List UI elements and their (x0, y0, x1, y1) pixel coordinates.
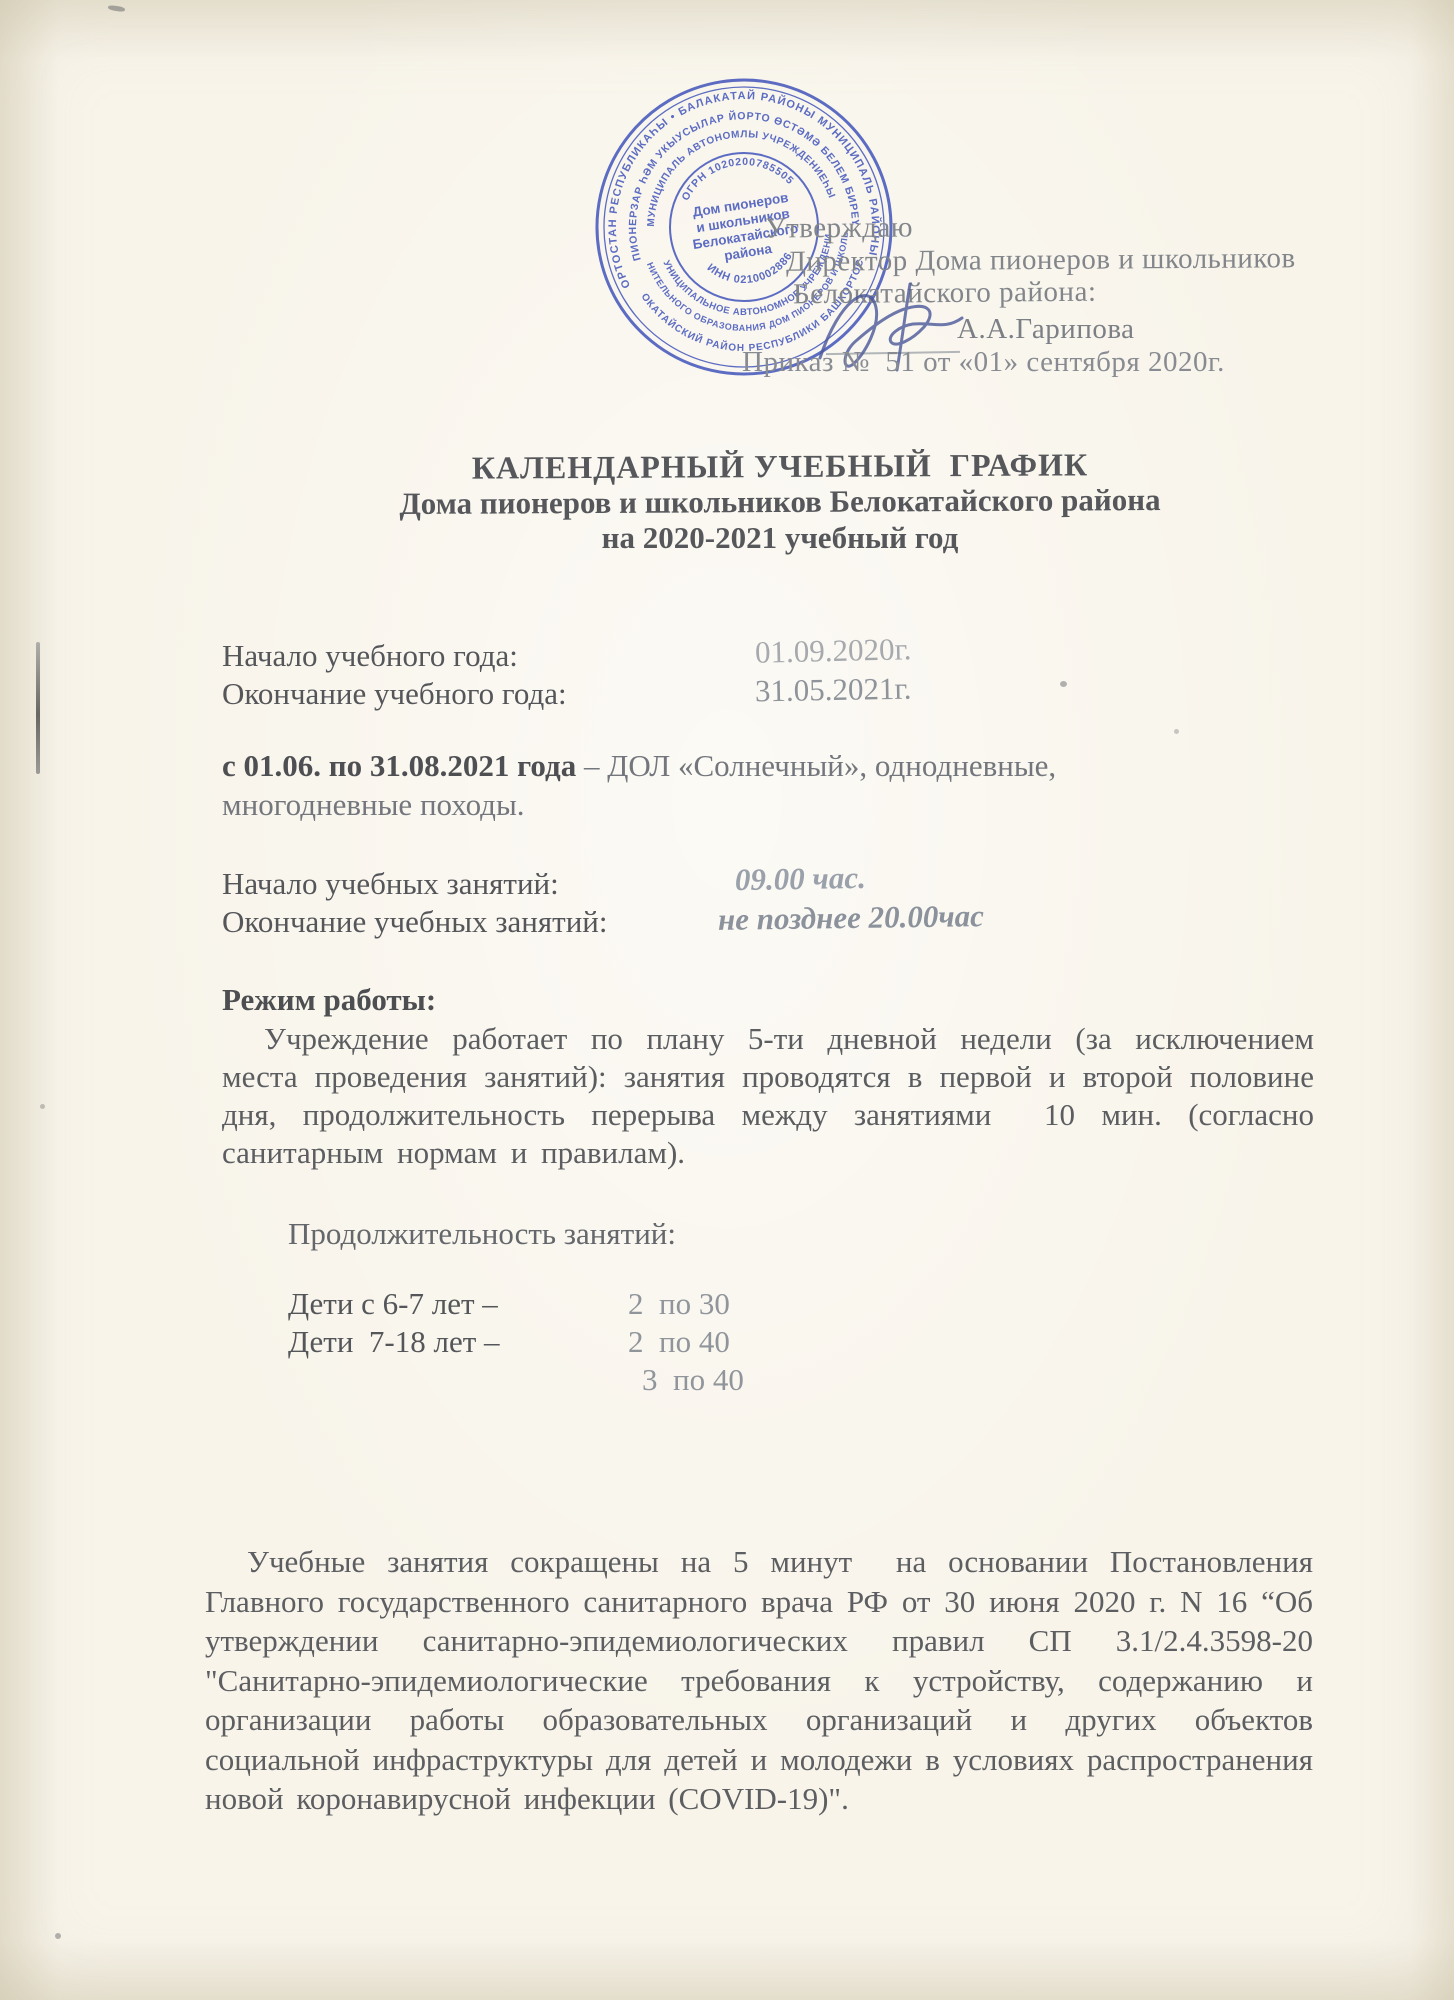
year-end-label: Окончание учебного года: (222, 676, 567, 712)
duration-row-value: 3 по 40 (642, 1362, 744, 1398)
lessons-start-value: 09.00 час. (735, 860, 866, 898)
scan-artifact-dot (1174, 729, 1179, 734)
work-mode-heading: Режим работы: (222, 982, 436, 1018)
scan-artifact-dot (55, 1933, 61, 1939)
duration-row-value: 2 по 40 (628, 1324, 730, 1360)
duration-row-label: Дети с 6-7 лет – (288, 1286, 498, 1322)
title-line-3: на 2020-2021 учебный год (170, 520, 1390, 556)
scan-artifact-line (36, 642, 40, 774)
year-end-value: 31.05.2021г. (755, 671, 912, 710)
approval-director: Директор Дома пионеров и школьников (786, 242, 1296, 279)
approval-signatory-name: А.А.Гарипова (957, 313, 1135, 346)
scan-artifact-dot (1060, 681, 1067, 687)
scan-artifact-mark (108, 5, 126, 13)
lessons-end-value: не позднее 20.00час (718, 898, 984, 938)
work-mode-paragraph: Учреждение работает по плану 5-ти дневно… (222, 1020, 1314, 1172)
scan-artifact-dot (836, 533, 840, 537)
duration-heading: Продолжительность занятий: (288, 1216, 676, 1252)
year-start-label: Начало учебного года: (222, 638, 518, 674)
duration-row-label: Дети 7-18 лет – (288, 1324, 500, 1360)
footer-paragraph: Учебные занятия сокращены на 5 минут на … (205, 1542, 1313, 1819)
approval-order-line: Приказ № 51 от «01» сентября 2020г. (742, 346, 1225, 379)
approval-word: Утверждаю (765, 211, 913, 245)
scan-artifact-dot (40, 1104, 45, 1109)
duration-row-value: 2 по 30 (628, 1286, 730, 1322)
document-title: КАЛЕНДАРНЫЙ УЧЕБНЫЙ ГРАФИК Дома пионеров… (170, 448, 1390, 556)
year-start-value: 01.09.2020г. (755, 631, 912, 671)
title-line-2: Дома пионеров и школьников Белокатайског… (170, 481, 1390, 523)
lessons-start-label: Начало учебных занятий: (222, 866, 559, 902)
summer-period-dates: с 01.06. по 31.08.2021 года (222, 748, 576, 783)
document-page: БАШКОРТОСТАН РЕСПУБЛИКАҺЫ • БАЛАКАТАЙ РА… (0, 0, 1454, 2000)
summer-period-paragraph: с 01.06. по 31.08.2021 года – ДОЛ «Солне… (222, 746, 1232, 824)
lessons-end-label: Окончание учебных занятий: (222, 904, 608, 940)
